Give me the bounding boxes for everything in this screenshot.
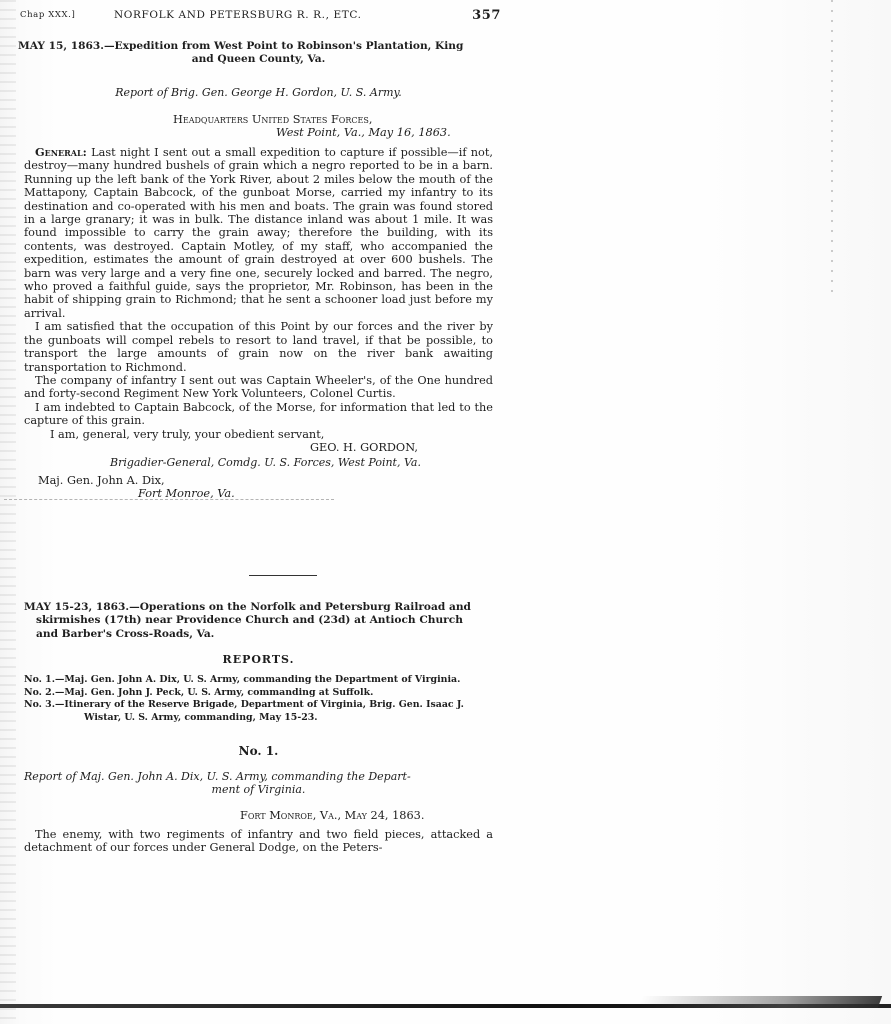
scan-right-edge (831, 0, 833, 300)
salutation: General: (35, 145, 87, 159)
no1-dateline: Fort Monroe, Va., May 24, 1863. (24, 809, 709, 822)
report-list-item: No. 1.—Maj. Gen. John A. Dix, U. S. Army… (24, 674, 493, 687)
section1-heading-line1: MAY 15, 1863.—Expedition from West Point… (18, 40, 493, 53)
hq-line: Headquarters United States Forces, (24, 113, 493, 126)
reports-label: REPORTS. (24, 653, 493, 666)
section1-report-title: Report of Brig. Gen. George H. Gordon, U… (24, 86, 493, 99)
paragraph-2: I am satisfied that the occupation of th… (24, 320, 493, 374)
addressee: Maj. Gen. John A. Dix, (24, 474, 493, 487)
no1-body: The enemy, with two regiments of infantr… (24, 828, 493, 855)
no1-title: Report of Maj. Gen. John A. Dix, U. S. A… (24, 770, 493, 797)
paragraph-3: The company of infantry I sent out was C… (24, 374, 493, 401)
no1-title-line1: Report of Maj. Gen. John A. Dix, U. S. A… (24, 770, 493, 783)
no1-title-line2: ment of Virginia. (24, 783, 493, 796)
paragraph-1: General: Last night I sent out a small e… (24, 146, 493, 320)
page-number: 357 (472, 9, 501, 22)
section2-heading-line3: and Barber's Cross-Roads, Va. (24, 628, 493, 641)
report-list-item: No. 2.—Maj. Gen. John J. Peck, U. S. Arm… (24, 687, 493, 700)
closing: I am, general, very truly, your obedient… (24, 428, 493, 441)
scan-dashed-line (4, 499, 334, 500)
scan-smudge (638, 996, 882, 1008)
chapter-label: Chap XXX.] (20, 9, 75, 22)
no1-label: No. 1. (24, 745, 493, 758)
section1-dateline: Headquarters United States Forces, West … (24, 113, 493, 140)
signature: GEO. H. GORDON, (24, 441, 493, 454)
section2-heading-line1: MAY 15-23, 1863.—Operations on the Norfo… (24, 601, 493, 614)
signature-title: Brigadier-General, Comdg. U. S. Forces, … (24, 456, 493, 469)
section1-heading: MAY 15, 1863.—Expedition from West Point… (24, 40, 493, 67)
paragraph-4: I am indebted to Captain Babcock, of the… (24, 401, 493, 428)
date-line: West Point, Va., May 16, 1863. (24, 126, 493, 139)
section1-body: General: Last night I sent out a small e… (24, 146, 493, 501)
reports-list: No. 1.—Maj. Gen. John A. Dix, U. S. Army… (24, 674, 493, 724)
running-title: NORFOLK AND PETERSBURG R. R., ETC. (114, 9, 362, 22)
scan-left-edge (0, 0, 16, 1024)
section2-heading: MAY 15-23, 1863.—Operations on the Norfo… (24, 601, 493, 641)
section1-heading-line2: and Queen County, Va. (24, 53, 493, 66)
section-separator (249, 575, 317, 576)
report-list-item: No. 3.—Itinerary of the Reserve Brigade,… (24, 699, 493, 724)
section2-heading-line2: skirmishes (17th) near Providence Church… (24, 614, 493, 627)
